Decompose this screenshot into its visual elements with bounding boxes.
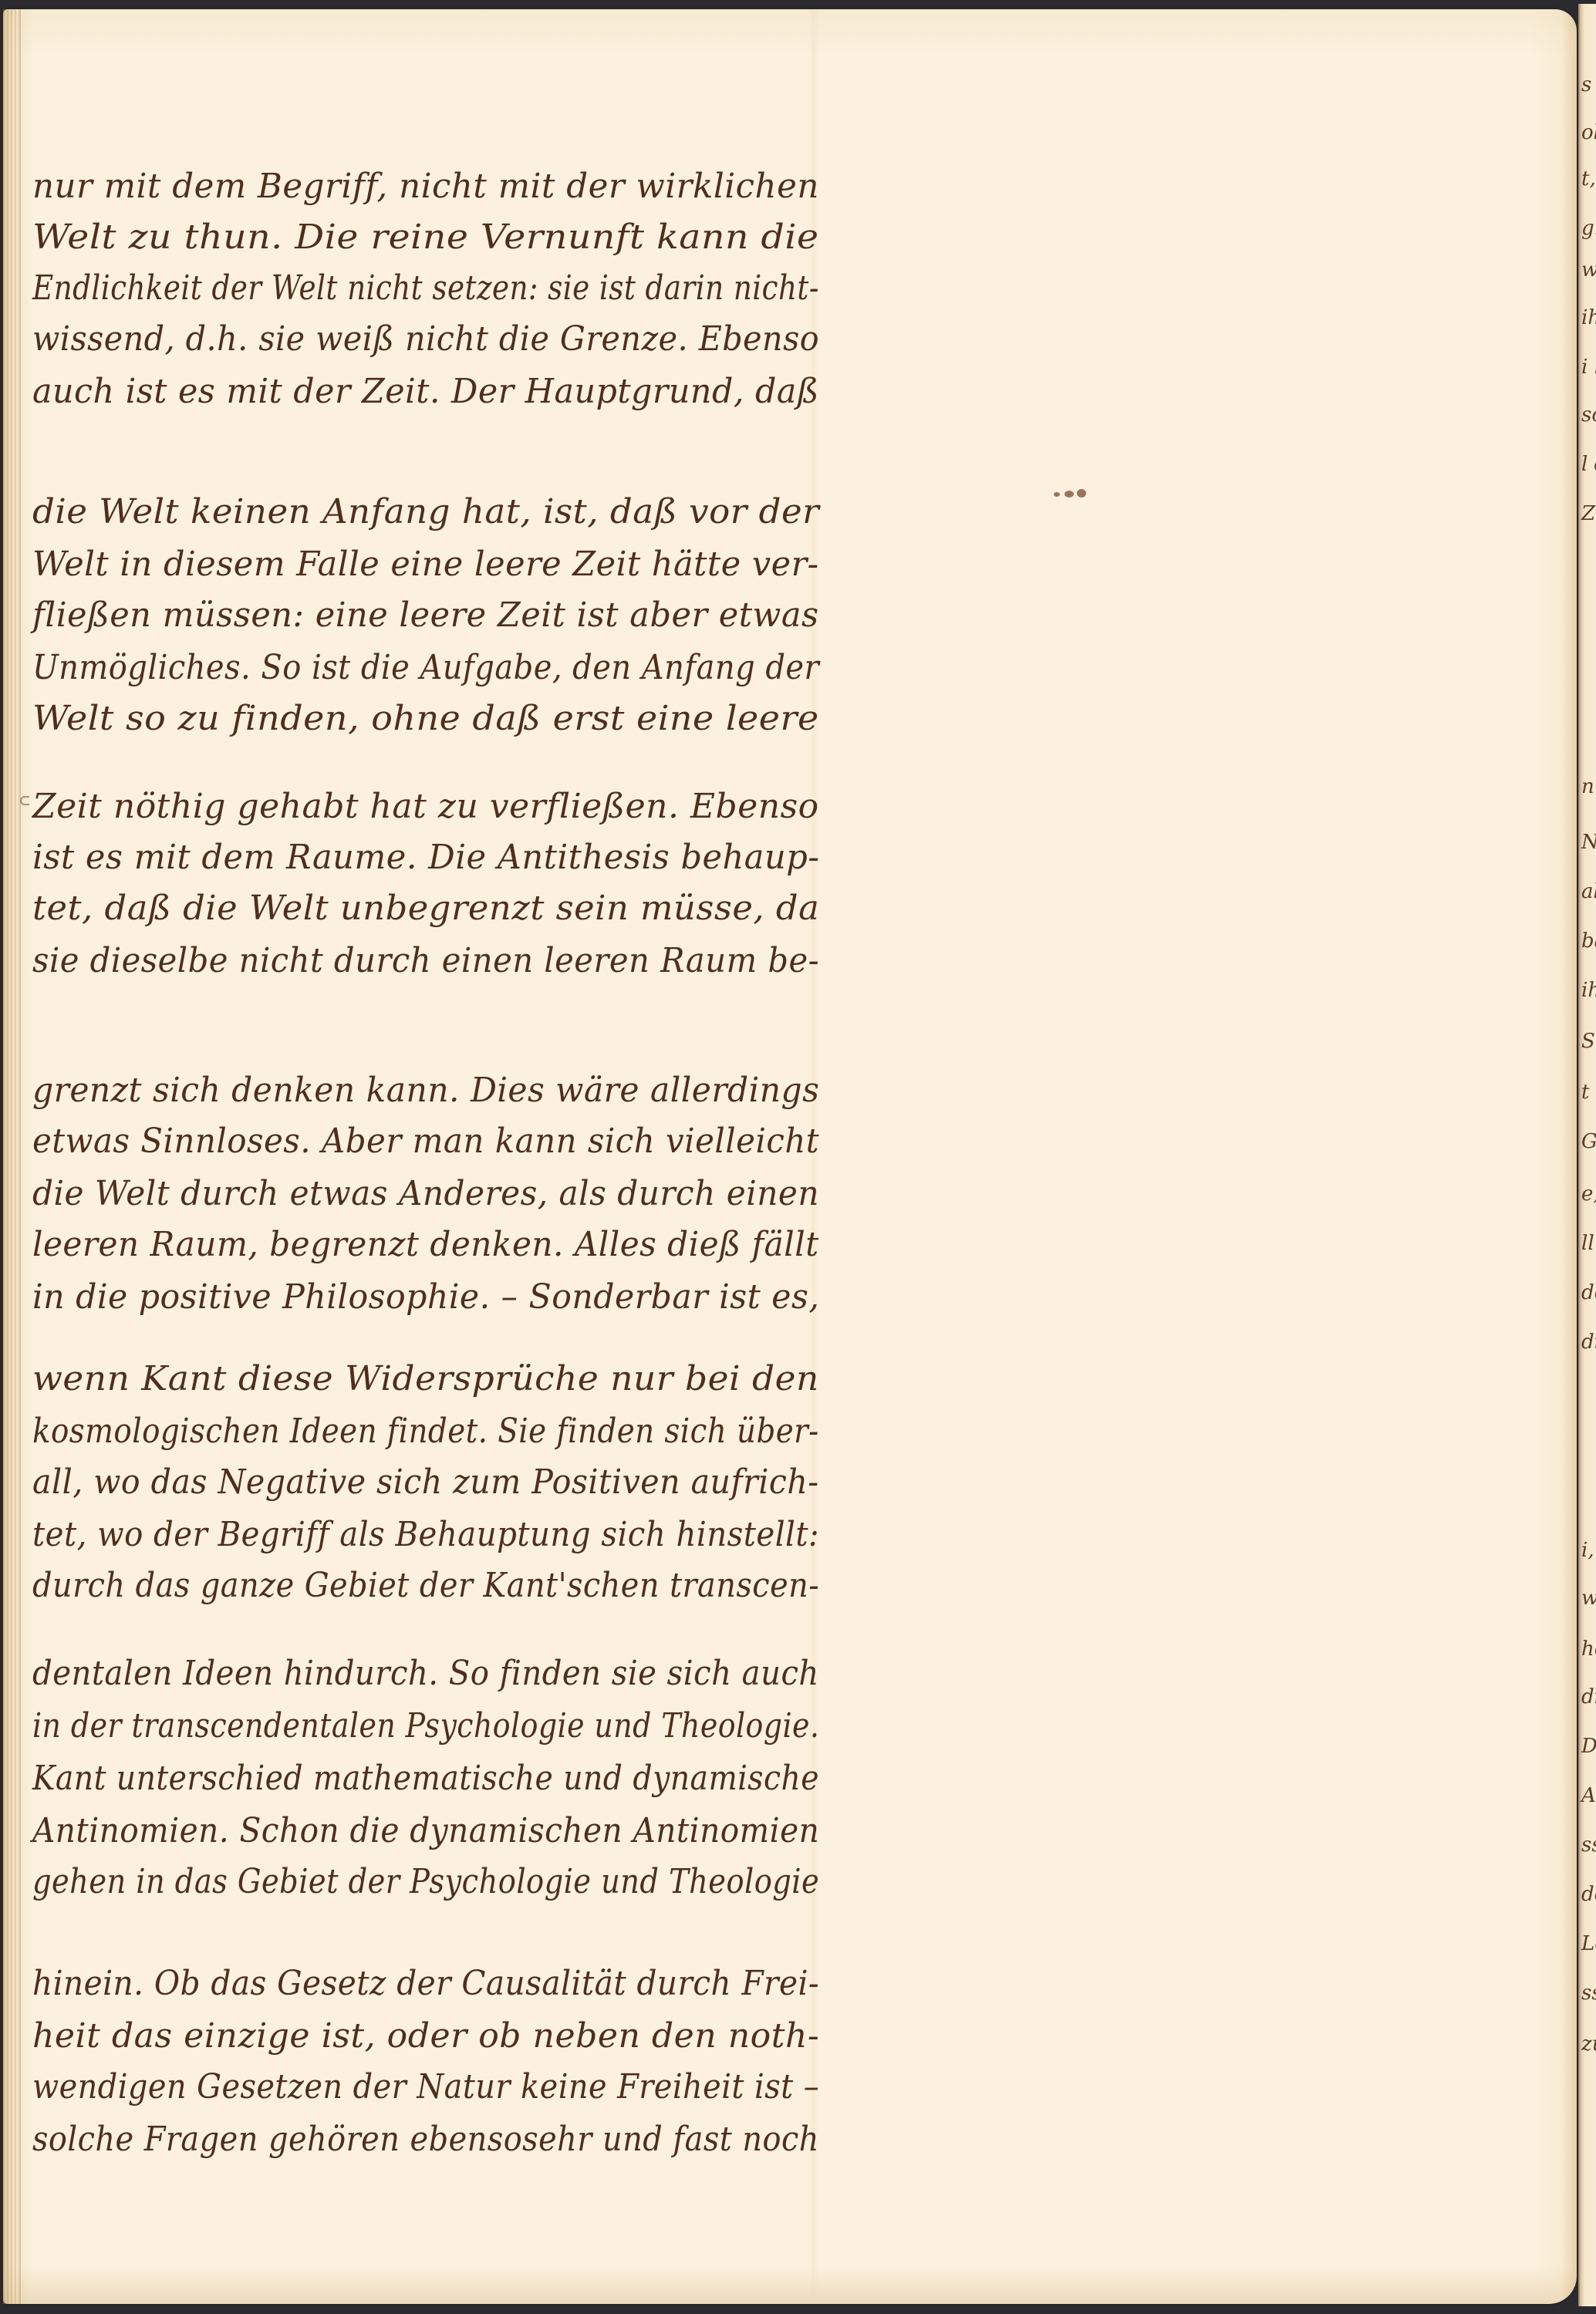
ink-blot-mark xyxy=(1054,487,1089,498)
text-line: leeren Raum, begrenzt denken. Alles dieß… xyxy=(32,1222,819,1268)
next-page-fragment: Nega xyxy=(1581,831,1596,854)
next-page-fragment: bald xyxy=(1581,929,1596,953)
manuscript-scan: nur mit dem Begriff, nicht mit der wirkl… xyxy=(0,0,1596,2314)
text-line: hinein. Ob das Gesetz der Causalität dur… xyxy=(32,1961,819,2007)
next-page-fragment: schaf xyxy=(1581,403,1596,427)
next-page-fragment: e, w xyxy=(1581,1182,1596,1206)
next-page-fragment: l der xyxy=(1581,453,1596,476)
next-page-fragment: ologi xyxy=(1581,121,1596,144)
next-page-fragment: i hab xyxy=(1581,356,1596,379)
next-page-fragment: he s xyxy=(1581,1638,1596,1661)
next-page-fragment: Leibh xyxy=(1581,1932,1596,1955)
next-page-fragment: Dinge xyxy=(1581,1735,1596,1758)
text-line: wenn Kant diese Widersprüche nur bei den xyxy=(32,1356,819,1402)
text-line: nur mit dem Begriff, nicht mit der wirkl… xyxy=(32,164,819,210)
text-line: durch das ganze Gebiet der Kant'schen tr… xyxy=(32,1563,819,1609)
text-line: Zeit nöthig gehabt hat zu verfließen. Eb… xyxy=(32,784,819,830)
page-binding-edge xyxy=(3,9,21,2304)
manuscript-page: nur mit dem Begriff, nicht mit der wirkl… xyxy=(3,9,1577,2304)
next-page-fragment: Grenz xyxy=(1581,1130,1596,1153)
text-line: grenzt sich denken kann. Dies wäre aller… xyxy=(32,1068,819,1114)
text-line: fließen müssen: eine leere Zeit ist aber… xyxy=(32,592,819,639)
text-line: Unmögliches. So ist die Aufgabe, den Anf… xyxy=(32,645,819,691)
next-page-fragment: die S xyxy=(1581,1331,1596,1354)
text-line: Welt in diesem Falle eine leere Zeit hät… xyxy=(32,541,819,588)
text-line: dentalen Ideen hindurch. So finden sie s… xyxy=(32,1651,819,1697)
next-page-fragment: del xyxy=(1581,1281,1596,1304)
text-line: Kant unterschied mathematische und dynam… xyxy=(32,1756,819,1802)
next-page-fragment: der g xyxy=(1581,1883,1596,1906)
text-line: wissend, d.h. sie weiß nicht die Grenze.… xyxy=(32,316,819,363)
text-line: etwas Sinnloses. Aber man kann sich viel… xyxy=(32,1118,819,1165)
text-line: gehen in das Gebiet der Psychologie und … xyxy=(32,1859,819,1905)
text-line: sie dieselbe nicht durch einen leeren Ra… xyxy=(32,938,819,984)
next-page-fragment: zu xyxy=(1581,2032,1596,2056)
next-page-fragment: Sie xyxy=(1581,1030,1596,1053)
next-page-fragment: ll als xyxy=(1581,1232,1596,1255)
text-line: auch ist es mit der Zeit. Der Hauptgrund… xyxy=(32,369,819,415)
text-line: wendigen Gesetzen der Natur keine Freihe… xyxy=(32,2064,819,2110)
next-page-fragment: t geh xyxy=(1581,1081,1596,1104)
next-page-edge: s im ologi t, ist g: D wegä ihn w i hab … xyxy=(1578,4,1596,2306)
next-page-fragment: die S xyxy=(1581,1685,1596,1709)
text-line: ist es mit dem Raume. Die Antithesis beh… xyxy=(32,835,819,881)
next-page-fragment: i, au xyxy=(1581,1539,1596,1562)
text-line: tet, daß die Welt unbegrenzt sein müsse,… xyxy=(32,885,819,932)
next-page-fragment: g: D xyxy=(1581,217,1596,240)
text-line: Welt zu thun. Die reine Vernunft kann di… xyxy=(32,214,819,261)
text-line: die Welt durch etwas Anderes, als durch … xyxy=(32,1171,819,1217)
next-page-fragment: wegä xyxy=(1581,258,1596,282)
next-page-fragment: ssen xyxy=(1581,1833,1596,1857)
next-page-fragment: wenig xyxy=(1581,1587,1596,1610)
text-line: die Welt keinen Anfang hat, ist, daß vor… xyxy=(32,489,819,535)
text-line: solche Fragen gehören ebensosehr und fas… xyxy=(32,2117,819,2163)
next-page-fragment: ihts xyxy=(1581,979,1596,1002)
next-page-fragment: Aus xyxy=(1581,1784,1596,1807)
text-line: tet, wo der Begriff als Behauptung sich … xyxy=(32,1512,819,1558)
text-line: heit das einzige ist, oder ob neben den … xyxy=(32,2013,819,2059)
text-line: Antinomien. Schon die dynamischen Antino… xyxy=(32,1808,819,1854)
text-line: Welt so zu finden, ohne daß erst eine le… xyxy=(32,696,819,742)
next-page-fragment: ssigt xyxy=(1581,1982,1596,2005)
text-line: in die positive Philosophie. – Sonderbar… xyxy=(32,1274,819,1321)
next-page-fragment: ihn w xyxy=(1581,306,1596,329)
text-line: all, wo das Negative sich zum Positiven … xyxy=(32,1459,819,1506)
next-page-fragment: nne xyxy=(1581,775,1596,798)
text-line: in der transcendentalen Psychologie und … xyxy=(32,1703,819,1749)
next-page-fragment: t, ist xyxy=(1581,167,1596,191)
next-page-fragment: alle xyxy=(1581,880,1596,903)
next-page-fragment: s im xyxy=(1581,73,1596,96)
next-page-fragment: Zeit xyxy=(1581,502,1596,525)
text-line: Endlichkeit der Welt nicht setzen: sie i… xyxy=(32,265,819,312)
margin-mark xyxy=(20,796,29,805)
text-line: kosmologischen Ideen findet. Sie finden … xyxy=(32,1408,819,1455)
